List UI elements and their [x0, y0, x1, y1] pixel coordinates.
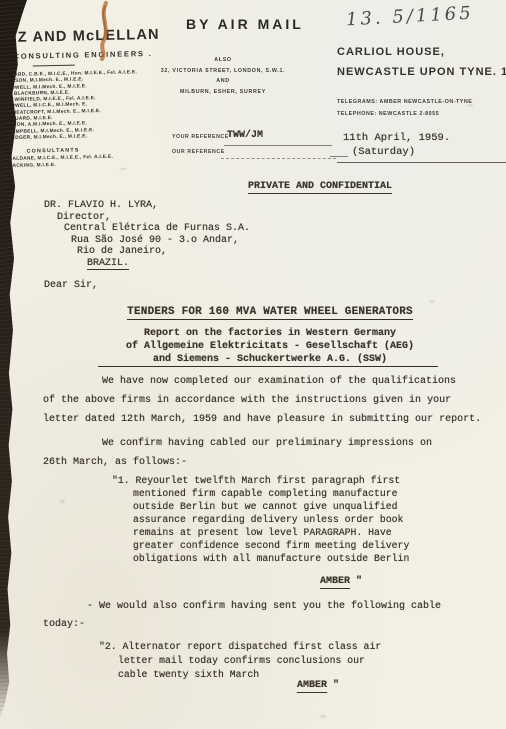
firm-subtitle: CONSULTING ENGINEERS .	[13, 49, 160, 61]
cable-line: greater confidence second firm meeting d…	[133, 539, 409, 552]
cable-quote-2: "2. Alternator report dispatched first c…	[99, 640, 381, 682]
subject-line: and Siemens - Schuckertwerke A.G. (SSW)	[30, 353, 506, 366]
letterhead-rule	[33, 65, 75, 67]
telegrams-line: TELEGRAMS: AMBER NEWCASTLE-ON-TYNE	[337, 97, 472, 109]
cable-line: assurance regarding delivery unless orde…	[133, 513, 409, 526]
our-reference-rule	[221, 158, 336, 159]
cable-line: "1. Reyourlet twelfth March first paragr…	[112, 474, 409, 487]
london-address: 32, VICTORIA STREET, LONDON, S.W.1.	[150, 66, 296, 77]
recipient-line: Rio de Janeiro,	[77, 246, 250, 258]
cable-line: obligations with all manufacture outside…	[133, 552, 409, 565]
brazil-underlined: BRAZIL.	[87, 258, 129, 271]
your-reference-label: YOUR REFERENCE	[172, 134, 229, 140]
recipient-address: DR. FLAVIO H. LYRA, Director, Central El…	[44, 200, 250, 270]
body-line: 26th March, as follows:-	[43, 454, 432, 473]
office-address: CARLIOL HOUSE, NEWCASTLE UPON TYNE. 1	[337, 42, 506, 82]
cable-quote-1: "1. Reyourlet twelfth March first paragr…	[112, 474, 409, 565]
scan-speck	[468, 104, 473, 107]
scanned-letter-page: RZ AND McLELLAN CONSULTING ENGINEERS . B…	[0, 0, 506, 729]
recipient-line: BRAZIL.	[87, 258, 250, 270]
scan-speck	[430, 300, 434, 303]
paragraph-1: We have now completed our examination of…	[43, 373, 481, 429]
closing-quote: "	[356, 576, 362, 587]
also-address-block: ALSO 32, VICTORIA STREET, LONDON, S.W.1.…	[150, 55, 296, 97]
consultants-list: HALDANE, M.I.C.E., M.I.E.E., Fel. A.I.E.…	[9, 154, 163, 170]
stain-mark	[90, 0, 124, 64]
paragraph-3: - We would also confirm having sent you …	[43, 598, 441, 633]
also-label: ALSO	[150, 55, 296, 66]
cable-line: cable twenty sixth March	[118, 668, 381, 682]
letter-day: (Saturday)	[352, 146, 415, 158]
body-line: letter dated 12th March, 1959 and have p…	[43, 411, 481, 430]
scan-speck	[120, 168, 127, 170]
body-line: today:-	[43, 616, 441, 634]
letter-date: 11th April, 1959.	[343, 132, 450, 144]
cable-line: letter mail today confirms conclusions o…	[118, 654, 381, 668]
by-air-mail-stamp: BY AIR MAIL	[186, 16, 304, 32]
date-rule	[337, 162, 506, 163]
cable-2-signature: AMBER"	[297, 680, 339, 691]
surrey-address: MILBURN, ESHER, SURREY	[150, 87, 296, 98]
recipient-line: Rua São José 90 - 3.o Andar,	[71, 235, 250, 247]
letterhead: RZ AND McLELLAN CONSULTING ENGINEERS . B…	[6, 27, 163, 171]
body-line: of the above firms in accordance with th…	[43, 392, 481, 411]
body-line: - We would also confirm having sent you …	[43, 598, 441, 616]
our-reference-label: OUR REFERENCE	[172, 149, 225, 155]
date-dash	[330, 156, 348, 157]
reference-value: TWW/JM	[227, 130, 263, 141]
closing-quote: "	[333, 680, 339, 691]
body-line: We confirm having cabled our preliminary…	[43, 435, 432, 454]
scan-speck	[60, 500, 65, 503]
firm-name: RZ AND McLELLAN	[6, 27, 160, 46]
partners-list: BEARD, C.B.E., M.I.C.E., Hon. M.I.E.E., …	[7, 70, 162, 142]
office-line2: NEWCASTLE UPON TYNE. 1	[337, 62, 506, 82]
cable-line: outside Berlin but we cannot give unqual…	[133, 500, 409, 513]
subject-line: Report on the factories in Western Germa…	[30, 327, 506, 340]
telephone-line: TELEPHONE: NEWCASTLE 2-8055	[337, 109, 472, 121]
amber-signature: AMBER	[320, 576, 350, 589]
telecom-block: TELEGRAMS: AMBER NEWCASTLE-ON-TYNE TELEP…	[337, 97, 472, 120]
subject-block: TENDERS FOR 160 MVA WATER WHEEL GENERATO…	[30, 306, 506, 366]
recipient-line: Director,	[57, 212, 250, 224]
handwritten-reference: 13. 5/1165	[346, 3, 475, 31]
cable-line: remains at present low level PARAGRAPH. …	[133, 526, 409, 539]
amber-signature: AMBER	[297, 680, 327, 693]
recipient-line: Central Elétrica de Furnas S.A.	[64, 223, 250, 235]
body-line: We have now completed our examination of…	[43, 373, 481, 392]
cable-line: "2. Alternator report dispatched first c…	[99, 640, 381, 654]
confidential-heading: PRIVATE AND CONFIDENTIAL	[248, 181, 392, 194]
subject-title: TENDERS FOR 160 MVA WATER WHEEL GENERATO…	[127, 306, 413, 320]
subject-underline	[98, 366, 438, 367]
salutation: Dear Sir,	[44, 280, 98, 291]
subject-line: of Allgemeine Elektricitats - Gesellscha…	[30, 340, 506, 353]
paragraph-2: We confirm having cabled our preliminary…	[43, 435, 432, 472]
and-label: AND	[150, 76, 296, 87]
cable-line: mentioned firm capable completing manufa…	[133, 487, 409, 500]
recipient-line: DR. FLAVIO H. LYRA,	[44, 200, 250, 212]
office-line1: CARLIOL HOUSE,	[337, 42, 506, 62]
your-reference-rule	[224, 145, 332, 146]
cable-1-signature: AMBER"	[320, 576, 362, 587]
scan-speck	[320, 715, 326, 718]
